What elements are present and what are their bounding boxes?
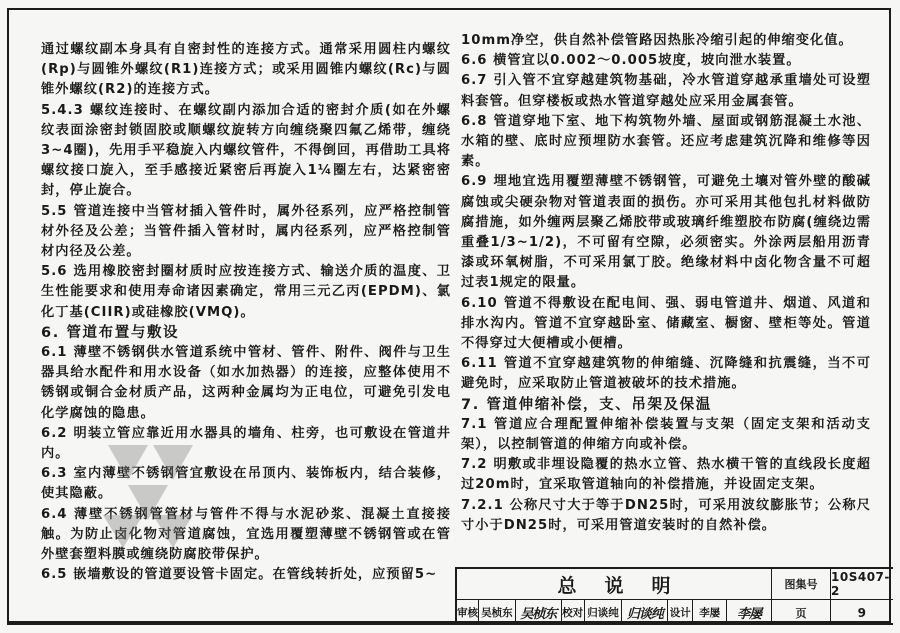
atlas-number-label: 图集号 — [772, 569, 831, 600]
reviewer-label: 审核 — [457, 600, 479, 625]
bottom-border-line — [7, 623, 893, 625]
title-block: 总说明 图集号 10S407-2 页 9 审核 吴桢东 吴桢东 校对 归谈纯 归… — [455, 567, 893, 625]
reviewer-signature: 吴桢东 — [516, 600, 562, 625]
paragraph-5-5: 5.5 管道连接中当管材插入管件时，属外径系列，应严格控制管材外径及公差；当管件… — [41, 202, 451, 263]
paragraph-6-11: 6.11 管道不宜穿越建筑物的伸缩缝、沉降缝和抗震缝，当不可避免时，应采取防止管… — [461, 354, 871, 394]
proofreader-label: 校对 — [562, 600, 585, 625]
paragraph-6-5-cont: 10mm净空，供自然补偿管路因热胀冷缩引起的伸缩变化值。 — [461, 31, 871, 51]
page-label: 页 — [772, 600, 831, 625]
paragraph-6-3: 6.3 室内薄壁不锈钢管宜敷设在吊顶内、装饰板内，结合装修，使其隐蔽。 — [41, 464, 451, 504]
proofreader-signature: 归谈纯 — [622, 600, 668, 625]
designer-signature: 李屡 — [727, 600, 771, 625]
section-heading-7: 7. 管道伸缩补偿，支、吊架及保温 — [461, 395, 871, 415]
paragraph-6-1: 6.1 薄壁不锈钢供水管道系统中管材、管件、附件、阀件与卫生器具给水配件和用水设… — [41, 343, 451, 424]
paragraph-5-6: 5.6 选用橡胶密封圈材质时应按连接方式、输送介质的温度、卫生性能要求和使用寿命… — [41, 262, 451, 323]
designer-label: 设计 — [668, 600, 693, 625]
section-heading-6: 6. 管道布置与敷设 — [41, 323, 451, 343]
proofreader-name: 归谈纯 — [585, 600, 623, 625]
paragraph-7-2: 7.2 明敷或非埋设隐覆的热水立管、热水横干管的直线段长度超过20m时，宜采取管… — [461, 455, 871, 495]
paragraph-6-7: 6.7 引入管不宜穿越建筑物基础，冷水管道穿越承重墙处可设塑料套管。但穿楼板或热… — [461, 71, 871, 111]
paragraph-7-1: 7.1 管道应合理配置伸缩补偿装置与支架（固定支架和活动支架），以控制管道的伸缩… — [461, 415, 871, 455]
paragraph-6-6: 6.6 横管宜以0.002～0.005坡度，坡向泄水装置。 — [461, 51, 871, 71]
paragraph-5-4-3: 5.4.3 螺纹连接时、在螺纹副内添加合适的密封介质(如在外螺纹表面涂密封锁固胶… — [41, 101, 451, 202]
paragraph-6-8: 6.8 管道穿地下室、地下构筑物外墙、屋面或钢筋混凝土水池、水箱的壁、底时应预埋… — [461, 112, 871, 173]
atlas-number-value: 10S407-2 — [831, 569, 893, 600]
signature-row: 审核 吴桢东 吴桢东 校对 归谈纯 归谈纯 设计 李屡 李屡 — [457, 600, 772, 625]
paragraph-6-5: 6.5 嵌墙敷设的管道要设管卡固定。在管线转折处，应预留5~ — [41, 565, 451, 585]
paragraph-6-4: 6.4 薄壁不锈钢管管材与管件不得与水泥砂浆、混凝土直接接触。为防止卤化物对管道… — [41, 505, 451, 566]
drawing-title: 总说明 — [457, 569, 772, 600]
reviewer-name: 吴桢东 — [479, 600, 516, 625]
paragraph-7-2-1: 7.2.1 公称尺寸大于等于DN25时，可采用波纹膨胀节；公称尺寸小于DN25时… — [461, 496, 871, 536]
paragraph-6-10: 6.10 管道不得敷设在配电间、强、弱电管道井、烟道、风道和排水沟内。管道不宜穿… — [461, 294, 871, 355]
left-text-column: 通过螺纹副本身具有自密封性的连接方式。通常采用圆柱内螺纹(Rp)与圆锥外螺纹(R… — [41, 40, 451, 585]
paragraph-6-9: 6.9 埋地宜选用覆塑薄壁不锈钢管，可避免土壤对管外壁的酸碱腐蚀或尖硬杂物对管道… — [461, 172, 871, 293]
designer-name: 李屡 — [693, 600, 727, 625]
paragraph-5-4-2-cont: 通过螺纹副本身具有自密封性的连接方式。通常采用圆柱内螺纹(Rp)与圆锥外螺纹(R… — [41, 40, 451, 101]
page-number: 9 — [831, 600, 893, 625]
paragraph-6-2: 6.2 明装立管应靠近用水器具的墙角、柱旁，也可敷设在管道井内。 — [41, 424, 451, 464]
right-text-column: 10mm净空，供自然补偿管路因热胀冷缩引起的伸缩变化值。 6.6 横管宜以0.0… — [461, 31, 871, 536]
